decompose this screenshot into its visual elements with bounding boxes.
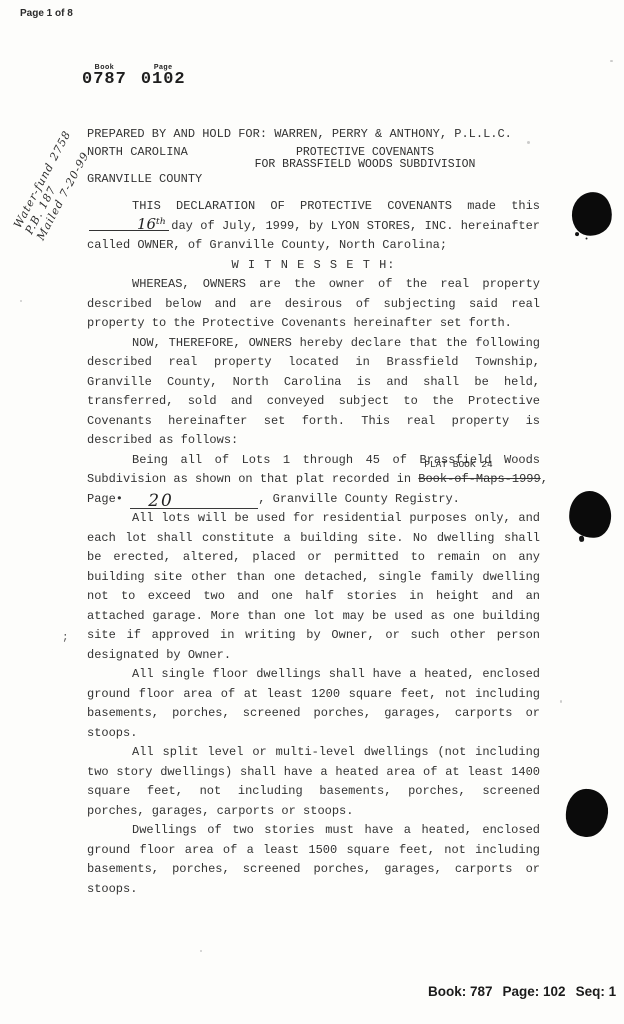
- page-number: 0102: [141, 71, 186, 89]
- witnesseth-heading: W I T N E S S E T H:: [87, 256, 540, 276]
- residential-use-paragraph: All lots will be used for residential pu…: [87, 509, 540, 665]
- split-level-paragraph: All split level or multi-level dwellings…: [87, 743, 540, 821]
- plat-description: Being all of Lots 1 through 45 of Brassf…: [87, 451, 540, 510]
- handwritten-page-number: 20: [130, 494, 258, 509]
- paragraphs: THIS DECLARATION OF PROTECTIVE COVENANTS…: [87, 197, 540, 899]
- footer-page: Page: 102: [503, 984, 566, 999]
- page-stamp: Page 0102: [141, 64, 186, 89]
- ink-blot: [567, 489, 613, 539]
- footer-book: Book: 787: [428, 984, 493, 999]
- scan-speck: [610, 60, 613, 62]
- recorder-reference-line: Book: 787Page: 102Seq: 1: [428, 984, 624, 999]
- plat-line-2: Subdivision as shown on that plat record…: [87, 470, 540, 490]
- scan-speck: [560, 700, 562, 703]
- county-line: GRANVILLE COUNTY: [87, 170, 202, 190]
- two-story-paragraph: Dwellings of two stories must have a hea…: [87, 821, 540, 899]
- ink-blot: [569, 189, 615, 238]
- stray-mark: ;: [62, 632, 69, 644]
- scanned-document-page: Page 1 of 8 Book 0787 Page 0102 Water-fu…: [0, 0, 624, 1024]
- plat-line-2-text: Subdivision as shown on that plat record…: [87, 472, 418, 486]
- whereas-paragraph: WHEREAS, OWNERS are the owner of the rea…: [87, 275, 540, 334]
- scan-speck: [20, 300, 22, 302]
- plat-page-label: Page•: [87, 492, 130, 506]
- scan-speck: [527, 141, 530, 144]
- state-line: NORTH CAROLINA: [87, 143, 188, 163]
- plat-line-3-text: , Granville County Registry.: [258, 492, 460, 506]
- title-line-2: FOR BRASSFIELD WOODS SUBDIVISION: [245, 159, 485, 171]
- declaration-before-day: THIS DECLARATION OF PROTECTIVE COVENANTS…: [132, 199, 540, 213]
- footer-seq: Seq: 1: [576, 984, 617, 999]
- handwritten-day: 16ᵗʰ: [89, 218, 169, 231]
- document-title: PROTECTIVE COVENANTS FOR BRASSFIELD WOOD…: [245, 147, 485, 170]
- struck-book-of-maps: Book-of-Maps-1999: [418, 472, 540, 486]
- plat-line-2-comma: ,: [541, 472, 548, 486]
- declaration-paragraph: THIS DECLARATION OF PROTECTIVE COVENANTS…: [87, 197, 540, 256]
- scan-speck: [200, 950, 202, 952]
- ink-blot: [564, 788, 609, 839]
- single-floor-paragraph: All single floor dwellings shall have a …: [87, 665, 540, 743]
- plat-book-annotation: PLAT BOOK 24: [424, 460, 492, 470]
- now-therefore-paragraph: NOW, THEREFORE, OWNERS hereby declare th…: [87, 334, 540, 451]
- plat-book-correction: PLAT BOOK 24Book-of-Maps-1999: [418, 470, 540, 490]
- prepared-by-line: PREPARED BY AND HOLD FOR: WARREN, PERRY …: [87, 125, 512, 145]
- title-line-1: PROTECTIVE COVENANTS: [245, 147, 485, 159]
- plat-line-3: Page• 20, Granville County Registry.: [87, 490, 540, 510]
- pagination-label: Page 1 of 8: [20, 8, 73, 19]
